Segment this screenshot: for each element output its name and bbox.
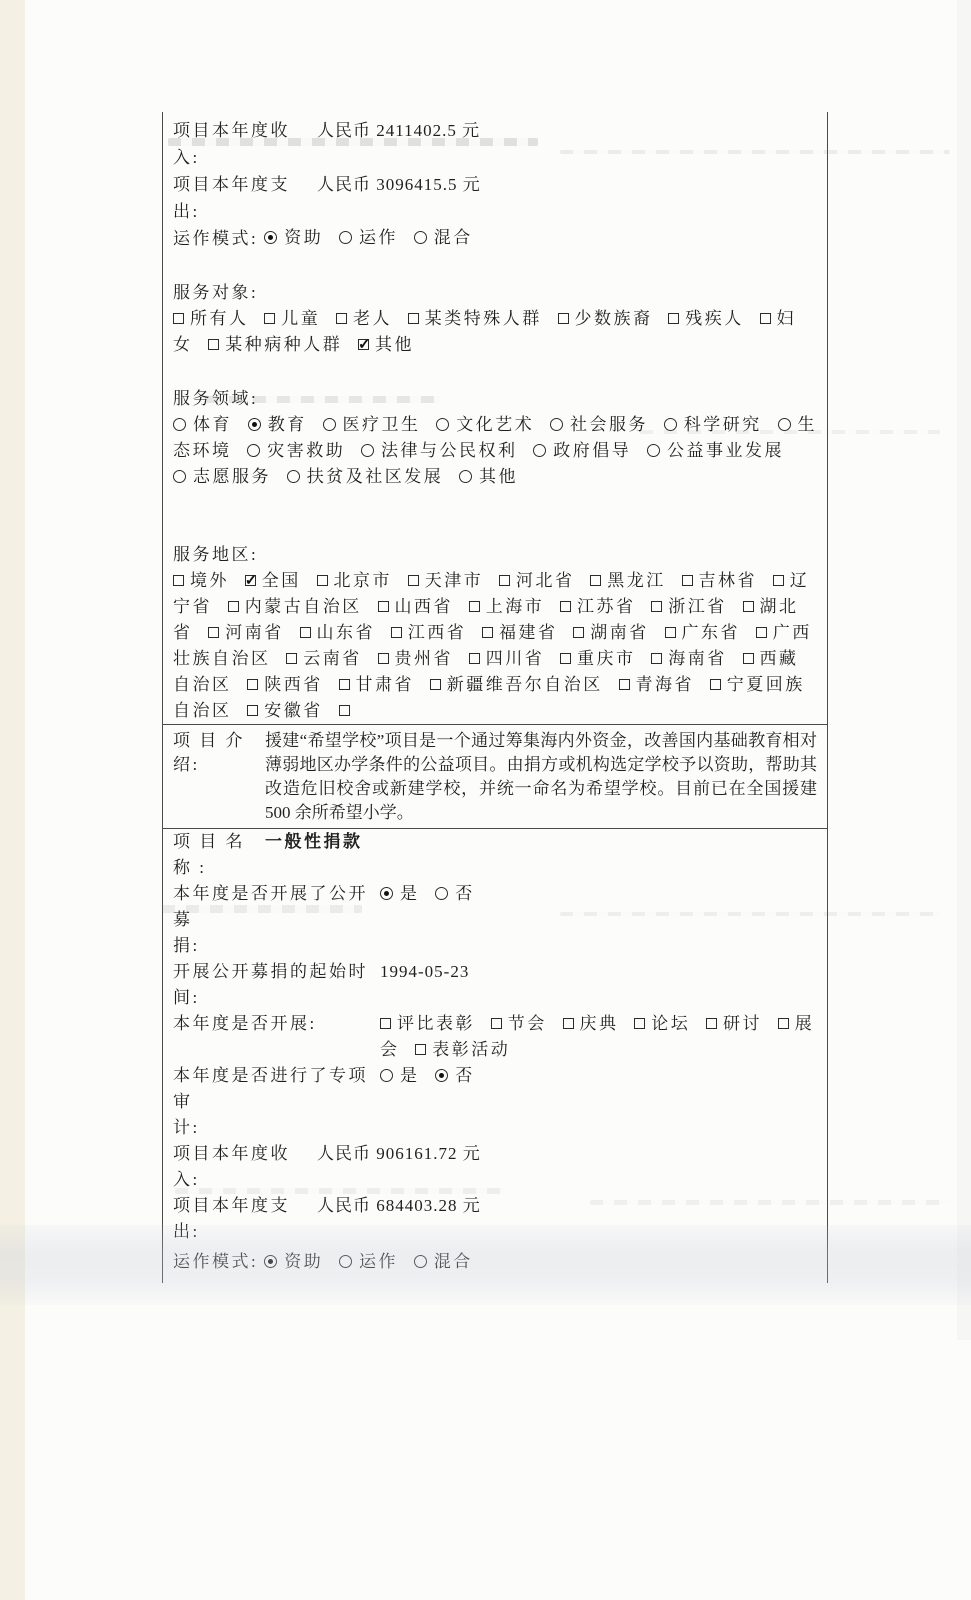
radio-icon	[533, 444, 546, 457]
radio-option: 运作	[339, 228, 398, 247]
option-label: 教育	[268, 415, 307, 434]
checkbox-option: 儿童	[264, 309, 320, 328]
option-label: 其他	[375, 335, 414, 354]
checkbox-option: 天津市	[408, 571, 484, 590]
operation-mode-row: 运作模式: 资助 运作 混合	[173, 225, 817, 252]
radio-option: 混合	[414, 1252, 473, 1271]
project-income-label: 项目本年度收 入:	[173, 117, 305, 171]
radio-option: 体育	[173, 415, 232, 434]
checkbox-icon	[415, 1044, 426, 1055]
checkbox-option-checked: 其他	[358, 335, 414, 354]
checkbox-icon	[339, 705, 350, 716]
option-label: 节会	[508, 1014, 547, 1033]
project-income-label-2: 项目本年度收 入:	[173, 1141, 305, 1193]
radio-option: 其他	[459, 467, 518, 486]
radio-option-selected: 是	[380, 884, 420, 903]
option-label: 混合	[434, 1252, 473, 1271]
checkbox-icon	[469, 653, 480, 664]
service-regions-row: 服务地区: 境外 全国 北京市 天津市 河北省 黑龙江 吉林省 辽宁省 内蒙古自…	[173, 542, 817, 724]
option-label: 法律与公民权利	[381, 441, 518, 460]
checkbox-icon	[300, 627, 311, 638]
checkbox-option: 新疆维吾尔自治区	[430, 675, 603, 694]
checkbox-option: 陕西省	[247, 675, 323, 694]
radio-icon	[380, 1069, 393, 1082]
checkbox-option: 重庆市	[560, 649, 636, 668]
radio-icon	[173, 418, 186, 431]
project-expense-label: 项目本年度支 出:	[173, 171, 305, 225]
checkbox-option	[339, 701, 356, 720]
checkbox-icon	[668, 313, 679, 324]
operation-mode-row-2: 运作模式: 资助 运作 混合	[173, 1249, 817, 1275]
service-targets-row: 服务对象: 所有人 儿童 老人 某类特殊人群 少数族裔 残疾人 妇女 某种病种人…	[173, 280, 817, 358]
option-label: 境外	[190, 571, 229, 590]
service-targets-label: 服务对象:	[173, 280, 817, 306]
option-label: 灾害救助	[267, 441, 345, 460]
project-income-row-2: 项目本年度收 入: 人民币 906161.72 元	[173, 1141, 817, 1193]
radio-option: 公益事业发展	[647, 441, 784, 460]
checkbox-icon	[743, 653, 754, 664]
option-label: 广东省	[682, 623, 741, 642]
checkbox-option: 海南省	[651, 649, 727, 668]
radio-icon	[647, 444, 660, 457]
project-income-value-2: 人民币 906161.72 元	[317, 1141, 817, 1167]
radio-option: 文化艺术	[436, 415, 534, 434]
special-audit-options: 是 否	[380, 1063, 817, 1089]
radio-option: 运作	[339, 1252, 398, 1271]
checkbox-option: 青海省	[619, 675, 695, 694]
radio-option: 否	[435, 884, 475, 903]
option-label: 山西省	[395, 597, 454, 616]
checkbox-option: 内蒙古自治区	[228, 597, 362, 616]
option-label: 否	[455, 884, 475, 903]
checkbox-icon	[706, 1018, 717, 1029]
option-label: 扶贫及社区发展	[307, 467, 444, 486]
radio-option-selected: 否	[435, 1066, 475, 1085]
radio-selected-icon	[380, 887, 393, 900]
radio-option: 科学研究	[664, 415, 762, 434]
option-label: 北京市	[334, 571, 393, 590]
service-fields-options: 体育 教育 医疗卫生 文化艺术 社会服务 科学研究 生态环境 灾害救助 法律与公…	[173, 412, 817, 490]
option-label: 甘肃省	[356, 675, 415, 694]
option-label: 河南省	[225, 623, 284, 642]
checkbox-icon	[651, 601, 662, 612]
radio-option-selected: 资助	[264, 228, 323, 247]
page-left-edge	[0, 0, 25, 1600]
option-label: 陕西省	[264, 675, 323, 694]
checkbox-icon	[247, 679, 258, 690]
option-label: 全国	[262, 571, 301, 590]
checkbox-icon	[336, 313, 347, 324]
option-label: 运作	[359, 1252, 398, 1271]
option-label: 志愿服务	[193, 467, 271, 486]
option-label: 某种病种人群	[225, 335, 342, 354]
checkbox-option: 山东省	[300, 623, 376, 642]
radio-selected-icon	[435, 1069, 448, 1082]
option-label: 医疗卫生	[343, 415, 421, 434]
checkbox-icon	[778, 1018, 789, 1029]
page-right-shadow	[957, 0, 971, 1340]
radio-icon	[435, 887, 448, 900]
activities-label: 本年度是否开展:	[173, 1011, 368, 1037]
checkbox-icon	[619, 679, 630, 690]
option-label: 研讨	[723, 1014, 762, 1033]
checkbox-icon	[773, 575, 784, 586]
radio-icon	[323, 418, 336, 431]
public-fundraising-options: 是 否	[380, 881, 817, 907]
option-label: 是	[400, 1066, 420, 1085]
project-expense-value-2: 人民币 684403.28 元	[317, 1193, 817, 1219]
checkbox-option: 境外	[173, 571, 229, 590]
option-label: 其他	[479, 467, 518, 486]
checkbox-icon	[491, 1018, 502, 1029]
project-income-value: 人民币 2411402.5 元	[317, 117, 817, 144]
option-label: 少数族裔	[575, 309, 653, 328]
checkbox-option: 河北省	[499, 571, 575, 590]
checkbox-option: 四川省	[469, 649, 545, 668]
radio-selected-icon	[264, 231, 277, 244]
option-label: 吉林省	[699, 571, 758, 590]
radio-icon	[550, 418, 563, 431]
checkbox-option: 江苏省	[560, 597, 636, 616]
checkbox-icon	[469, 601, 480, 612]
project-name-label: 项 目 名 称 :	[173, 829, 253, 881]
radio-selected-icon	[248, 418, 261, 431]
radio-option: 扶贫及社区发展	[287, 467, 444, 486]
checkbox-option: 浙江省	[651, 597, 727, 616]
project-name-row: 项 目 名 称 : 一般性捐款	[173, 829, 817, 881]
fundraising-start-row: 开展公开募捐的起始时 间: 1994-05-23	[173, 959, 817, 1011]
radio-icon	[287, 470, 300, 483]
operation-mode-label: 运作模式:	[173, 225, 258, 252]
checkbox-icon	[665, 627, 676, 638]
option-label: 某类特殊人群	[425, 309, 542, 328]
checkbox-option: 山西省	[378, 597, 454, 616]
radio-icon	[173, 470, 186, 483]
checkbox-icon	[634, 1018, 645, 1029]
option-label: 是	[400, 884, 420, 903]
checkbox-option: 残疾人	[668, 309, 744, 328]
option-label: 重庆市	[577, 649, 636, 668]
checkbox-icon	[247, 705, 258, 716]
checkbox-option: 云南省	[286, 649, 362, 668]
checkbox-icon	[710, 679, 721, 690]
option-label: 儿童	[281, 309, 320, 328]
checkbox-icon	[317, 575, 328, 586]
checkbox-option: 少数族裔	[558, 309, 653, 328]
checkbox-icon	[756, 627, 767, 638]
activities-row: 本年度是否开展: 评比表彰 节会 庆典 论坛 研讨 展会 表彰活动	[173, 1011, 817, 1063]
checkbox-option: 节会	[491, 1014, 547, 1033]
fundraising-start-label: 开展公开募捐的起始时 间:	[173, 959, 368, 1011]
checkbox-icon	[760, 313, 771, 324]
checkbox-icon	[743, 601, 754, 612]
option-label: 内蒙古自治区	[245, 597, 362, 616]
checkbox-icon	[499, 575, 510, 586]
option-label: 湖南省	[590, 623, 649, 642]
option-label: 表彰活动	[432, 1040, 510, 1059]
radio-option: 政府倡导	[533, 441, 631, 460]
radio-icon	[414, 1255, 427, 1268]
radio-option: 志愿服务	[173, 467, 271, 486]
option-label: 社会服务	[570, 415, 648, 434]
checkbox-option: 安徽省	[247, 701, 323, 720]
checkbox-icon	[208, 339, 219, 350]
option-label: 庆典	[580, 1014, 619, 1033]
option-label: 安徽省	[264, 701, 323, 720]
checkbox-icon	[558, 313, 569, 324]
radio-option: 法律与公民权利	[361, 441, 518, 460]
operation-mode-label-2: 运作模式:	[173, 1249, 258, 1275]
checkbox-option: 老人	[336, 309, 392, 328]
fundraising-start-value: 1994-05-23	[380, 959, 817, 985]
public-fundraising-label: 本年度是否开展了公开募 捐:	[173, 881, 368, 959]
checkbox-option: 评比表彰	[380, 1014, 475, 1033]
checkbox-option: 某种病种人群	[208, 335, 342, 354]
radio-icon	[459, 470, 472, 483]
checkbox-option-checked: 全国	[245, 571, 301, 590]
radio-option: 灾害救助	[247, 441, 345, 460]
checkbox-icon	[563, 1018, 574, 1029]
checkbox-option: 吉林省	[682, 571, 758, 590]
annual-report-form-table: 项目本年度收 入: 人民币 2411402.5 元 项目本年度支 出: 人民币 …	[162, 112, 828, 1283]
option-label: 公益事业发展	[667, 441, 784, 460]
checkbox-icon	[430, 679, 441, 690]
checkbox-option: 表彰活动	[415, 1040, 510, 1059]
service-fields-row: 服务领域: 体育 教育 医疗卫生 文化艺术 社会服务 科学研究 生态环境 灾害救…	[173, 386, 817, 490]
checkbox-option: 贵州省	[378, 649, 454, 668]
project-expense-label-2: 项目本年度支 出:	[173, 1193, 305, 1245]
radio-option-selected: 教育	[248, 415, 307, 434]
checkbox-option: 某类特殊人群	[408, 309, 542, 328]
radio-icon	[247, 444, 260, 457]
checkbox-icon	[339, 679, 350, 690]
checkbox-option: 北京市	[317, 571, 393, 590]
option-label: 所有人	[190, 309, 249, 328]
option-label: 体育	[193, 415, 232, 434]
public-fundraising-row: 本年度是否开展了公开募 捐: 是 否	[173, 881, 817, 959]
service-regions-options: 境外 全国 北京市 天津市 河北省 黑龙江 吉林省 辽宁省 内蒙古自治区 山西省…	[173, 568, 817, 724]
operation-mode-options: 资助 运作 混合	[264, 225, 482, 251]
option-label: 山东省	[317, 623, 376, 642]
option-label: 资助	[284, 228, 323, 247]
radio-icon	[778, 418, 791, 431]
service-fields-label: 服务领域:	[173, 386, 817, 412]
radio-icon	[664, 418, 677, 431]
option-label: 新疆维吾尔自治区	[447, 675, 603, 694]
checkbox-icon	[560, 653, 571, 664]
checkbox-option: 广东省	[665, 623, 741, 642]
checkbox-icon	[482, 627, 493, 638]
option-label: 海南省	[668, 649, 727, 668]
checkbox-icon	[651, 653, 662, 664]
service-regions-label: 服务地区:	[173, 542, 817, 568]
checkbox-icon	[560, 601, 571, 612]
option-label: 贵州省	[395, 649, 454, 668]
project-expense-value: 人民币 3096415.5 元	[317, 171, 817, 198]
checkbox-icon	[408, 313, 419, 324]
radio-option-selected: 资助	[264, 1252, 323, 1271]
option-label: 评比表彰	[397, 1014, 475, 1033]
option-label: 河北省	[516, 571, 575, 590]
option-label: 天津市	[425, 571, 484, 590]
radio-option: 医疗卫生	[323, 415, 421, 434]
checkbox-icon	[286, 653, 297, 664]
radio-icon	[339, 231, 352, 244]
option-label: 青海省	[636, 675, 695, 694]
checkbox-icon	[208, 627, 219, 638]
project-expense-row-2: 项目本年度支 出: 人民币 684403.28 元	[173, 1193, 817, 1245]
checkbox-option: 黑龙江	[590, 571, 666, 590]
checkbox-icon	[228, 601, 239, 612]
service-targets-options: 所有人 儿童 老人 某类特殊人群 少数族裔 残疾人 妇女 某种病种人群 其他	[173, 306, 817, 358]
radio-option: 混合	[414, 228, 473, 247]
checkbox-checked-icon	[358, 339, 369, 350]
checkbox-icon	[378, 601, 389, 612]
checkbox-option: 甘肃省	[339, 675, 415, 694]
option-label: 福建省	[499, 623, 558, 642]
option-label: 江苏省	[577, 597, 636, 616]
radio-option: 社会服务	[550, 415, 648, 434]
option-label: 老人	[353, 309, 392, 328]
second-project-section: 项 目 名 称 : 一般性捐款 本年度是否开展了公开募 捐: 是 否 开展公开募…	[173, 829, 817, 1275]
checkbox-option: 所有人	[173, 309, 249, 328]
option-label: 江西省	[408, 623, 467, 642]
radio-icon	[339, 1255, 352, 1268]
checkbox-icon	[380, 1018, 391, 1029]
checkbox-option: 江西省	[391, 623, 467, 642]
activities-options: 评比表彰 节会 庆典 论坛 研讨 展会 表彰活动	[380, 1011, 817, 1063]
special-audit-label: 本年度是否进行了专项审 计:	[173, 1063, 368, 1141]
checkbox-option: 庆典	[563, 1014, 619, 1033]
project-expense-row: 项目本年度支 出: 人民币 3096415.5 元	[173, 171, 817, 225]
checkbox-icon	[408, 575, 419, 586]
checkbox-option: 福建省	[482, 623, 558, 642]
radio-icon	[361, 444, 374, 457]
radio-selected-icon	[264, 1255, 277, 1268]
scanned-form-page: { "colors":{"paper":"#fcfcfa","ink":"#1f…	[0, 0, 971, 1600]
option-label: 否	[455, 1066, 475, 1085]
option-label: 论坛	[651, 1014, 690, 1033]
checkbox-icon	[573, 627, 584, 638]
option-label: 四川省	[486, 649, 545, 668]
option-label: 浙江省	[668, 597, 727, 616]
option-label: 上海市	[486, 597, 545, 616]
checkbox-icon	[173, 313, 184, 324]
project-intro-text: 援建“希望学校”项目是一个通过筹集海内外资金，改善国内基础教育相对薄弱地区办学条…	[265, 729, 817, 825]
option-label: 残疾人	[685, 309, 744, 328]
checkbox-option: 湖南省	[573, 623, 649, 642]
checkbox-option: 研讨	[706, 1014, 762, 1033]
checkbox-icon	[264, 313, 275, 324]
checkbox-option: 河南省	[208, 623, 284, 642]
option-label: 资助	[284, 1252, 323, 1271]
project-intro-label: 项 目 介 绍:	[173, 729, 253, 777]
option-label: 文化艺术	[456, 415, 534, 434]
option-label: 混合	[434, 228, 473, 247]
operation-mode-options-2: 资助 运作 混合	[264, 1249, 482, 1275]
checkbox-icon	[682, 575, 693, 586]
radio-icon	[414, 231, 427, 244]
option-label: 科学研究	[684, 415, 762, 434]
checkbox-option: 上海市	[469, 597, 545, 616]
option-label: 黑龙江	[607, 571, 666, 590]
option-label: 运作	[359, 228, 398, 247]
checkbox-icon	[173, 575, 184, 586]
project-intro-row: 项 目 介 绍: 援建“希望学校”项目是一个通过筹集海内外资金，改善国内基础教育…	[173, 725, 817, 828]
checkbox-icon	[391, 627, 402, 638]
radio-icon	[436, 418, 449, 431]
radio-option: 是	[380, 1066, 420, 1085]
special-audit-row: 本年度是否进行了专项审 计: 是 否	[173, 1063, 817, 1141]
checkbox-option: 论坛	[634, 1014, 690, 1033]
checkbox-icon	[378, 653, 389, 664]
project-name-value: 一般性捐款	[265, 829, 817, 855]
project-income-row: 项目本年度收 入: 人民币 2411402.5 元	[173, 117, 817, 171]
option-label: 云南省	[303, 649, 362, 668]
checkbox-checked-icon	[245, 575, 256, 586]
checkbox-icon	[590, 575, 601, 586]
option-label: 政府倡导	[553, 441, 631, 460]
